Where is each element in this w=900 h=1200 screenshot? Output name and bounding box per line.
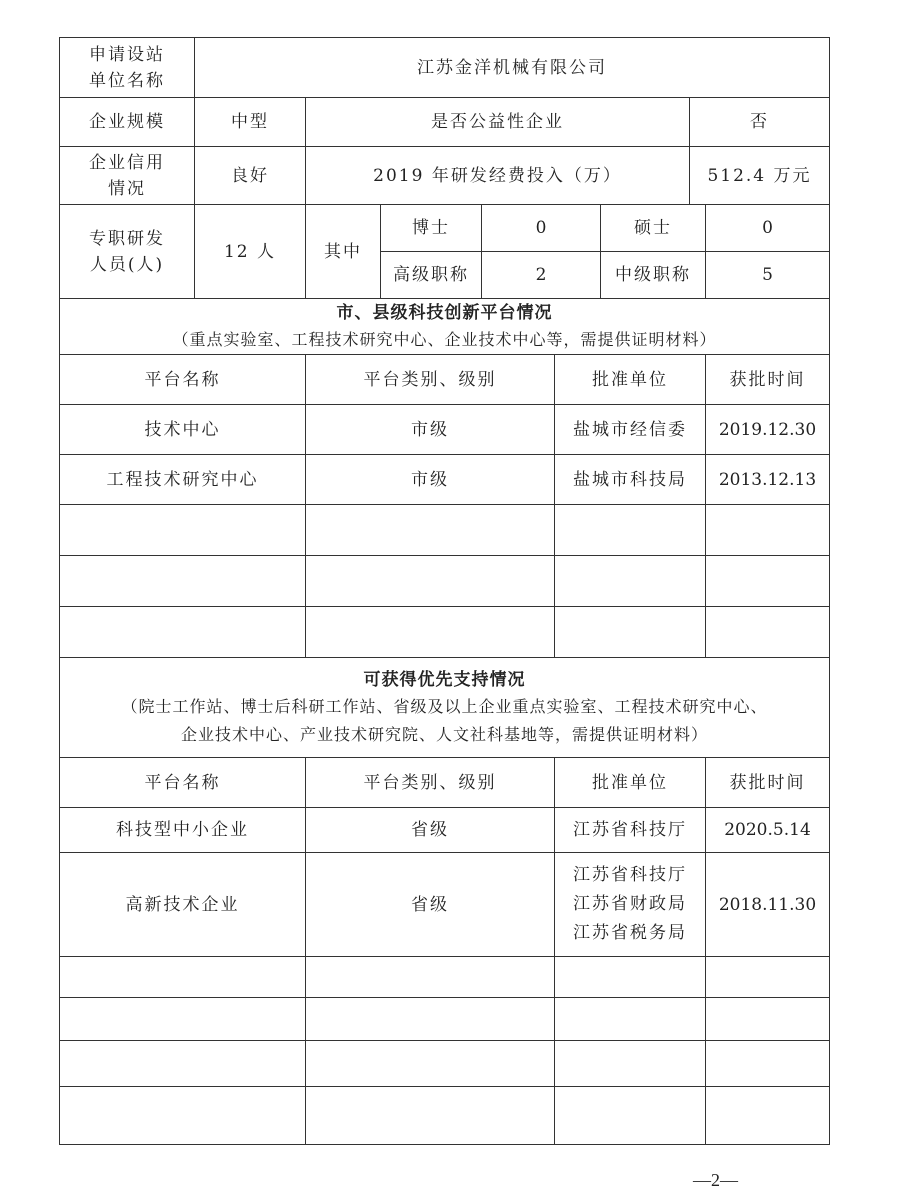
page-number: —2—: [693, 1170, 738, 1191]
among-label: 其中: [324, 239, 362, 265]
document-page: 申请设站 单位名称 江苏金洋机械有限公司 企业规模 中型 是否公益性企业 否 企…: [0, 0, 900, 1200]
middle-title-label: 中级职称: [615, 262, 691, 288]
city-row-0-approver-text: 盐城市经信委: [573, 417, 687, 443]
city-col-header-date-text: 获批时间: [730, 367, 806, 393]
applicant-label-line-2: 单位名称: [89, 68, 165, 94]
priority-row-4-name: [59, 1040, 306, 1087]
master-label-cell: 硕士: [600, 204, 706, 252]
city-row-0-level-text: 市级: [411, 417, 449, 443]
city-row-3-level: [305, 555, 555, 607]
priority-row-0-approver: 江苏省科技厅: [554, 807, 706, 853]
priority-row-1-approver: 江苏省科技厅 江苏省财政局 江苏省税务局: [554, 852, 706, 957]
city-platforms-note: （重点实验室、工程技术研究中心、企业技术中心等，需提供证明材料）: [172, 326, 716, 354]
credit-label-line-2: 情况: [108, 176, 146, 202]
rd-investment-label-cell: 2019 年研发经费投入（万）: [305, 146, 690, 205]
public-welfare-value-cell: 否: [689, 97, 830, 147]
priority-row-3-approver: [554, 997, 706, 1041]
applicant-value-cell: 江苏金洋机械有限公司: [194, 37, 830, 98]
priority-support-section-header: 可获得优先支持情况 （院士工作站、博士后科研工作站、省级及以上企业重点实验室、工…: [59, 657, 830, 758]
middle-title-value-cell: 5: [705, 251, 830, 299]
city-row-3-name: [59, 555, 306, 607]
priority-col-header-approver: 批准单位: [554, 757, 706, 808]
city-row-3-date: [705, 555, 830, 607]
priority-col-header-date: 获批时间: [705, 757, 830, 808]
city-row-2-date: [705, 504, 830, 556]
city-row-0-date: 2019.12.30: [705, 404, 830, 455]
rd-investment-value: 512.4 万元: [707, 163, 811, 189]
phd-value-cell: 0: [481, 204, 601, 252]
priority-row-0-date-text: 2020.5.14: [724, 817, 811, 843]
credit-value: 良好: [231, 163, 269, 189]
middle-title-value: 5: [762, 262, 773, 288]
city-col-header-approver: 批准单位: [554, 354, 706, 405]
priority-support-note-line-1: （院士工作站、博士后科研工作站、省级及以上企业重点实验室、工程技术研究中心、: [121, 693, 767, 721]
city-row-0-name: 技术中心: [59, 404, 306, 455]
staff-label-line-2: 人员(人): [90, 252, 164, 278]
city-row-1-level: 市级: [305, 454, 555, 505]
priority-col-header-name-text: 平台名称: [145, 770, 221, 796]
scale-label: 企业规模: [89, 109, 165, 135]
scale-label-cell: 企业规模: [59, 97, 195, 147]
priority-row-2-name: [59, 956, 306, 998]
priority-row-0-name-text: 科技型中小企业: [116, 817, 249, 843]
city-row-1-approver-text: 盐城市科技局: [573, 467, 687, 493]
phd-label-cell: 博士: [380, 204, 482, 252]
credit-label-cell: 企业信用 情况: [59, 146, 195, 205]
applicant-label-cell: 申请设站 单位名称: [59, 37, 195, 98]
city-row-1-level-text: 市级: [411, 467, 449, 493]
city-col-header-name: 平台名称: [59, 354, 306, 405]
city-row-0-level: 市级: [305, 404, 555, 455]
senior-title-label-cell: 高级职称: [380, 251, 482, 299]
priority-row-1-level-text: 省级: [411, 892, 449, 918]
priority-row-4-level: [305, 1040, 555, 1087]
city-col-header-approver-text: 批准单位: [592, 367, 668, 393]
city-row-0-approver: 盐城市经信委: [554, 404, 706, 455]
scale-value-cell: 中型: [194, 97, 306, 147]
priority-row-2-date: [705, 956, 830, 998]
priority-row-5-name: [59, 1086, 306, 1145]
phd-value: 0: [536, 215, 547, 241]
city-row-0-name-text: 技术中心: [145, 417, 221, 443]
priority-row-4-approver: [554, 1040, 706, 1087]
priority-row-1-approver-line-2: 江苏省财政局: [573, 890, 687, 919]
city-row-2-approver: [554, 504, 706, 556]
staff-label-cell: 专职研发 人员(人): [59, 204, 195, 299]
city-platforms-section-header: 市、县级科技创新平台情况 （重点实验室、工程技术研究中心、企业技术中心等，需提供…: [59, 298, 830, 355]
master-label: 硕士: [634, 215, 672, 241]
city-row-4-name: [59, 606, 306, 658]
priority-row-2-approver: [554, 956, 706, 998]
phd-label: 博士: [412, 215, 450, 241]
city-row-1-approver: 盐城市科技局: [554, 454, 706, 505]
priority-row-1-name-text: 高新技术企业: [126, 892, 240, 918]
priority-col-header-level: 平台类别、级别: [305, 757, 555, 808]
city-row-4-level: [305, 606, 555, 658]
city-row-1-date-text: 2013.12.13: [719, 467, 816, 493]
priority-row-2-level: [305, 956, 555, 998]
city-col-header-level: 平台类别、级别: [305, 354, 555, 405]
priority-row-5-date: [705, 1086, 830, 1145]
priority-support-note-line-2: 企业技术中心、产业技术研究院、人文社科基地等，需提供证明材料）: [181, 721, 708, 749]
priority-row-3-level: [305, 997, 555, 1041]
priority-col-header-level-text: 平台类别、级别: [364, 770, 497, 796]
priority-row-0-date: 2020.5.14: [705, 807, 830, 853]
senior-title-value-cell: 2: [481, 251, 601, 299]
priority-row-3-date: [705, 997, 830, 1041]
credit-label-line-1: 企业信用: [89, 150, 165, 176]
priority-row-1-approver-line-3: 江苏省税务局: [573, 919, 687, 948]
public-welfare-value: 否: [750, 109, 769, 135]
city-col-header-level-text: 平台类别、级别: [364, 367, 497, 393]
rd-investment-value-cell: 512.4 万元: [689, 146, 830, 205]
city-row-2-level: [305, 504, 555, 556]
priority-row-0-level-text: 省级: [411, 817, 449, 843]
priority-row-0-name: 科技型中小企业: [59, 807, 306, 853]
public-welfare-label: 是否公益性企业: [431, 109, 564, 135]
priority-row-1-name: 高新技术企业: [59, 852, 306, 957]
priority-row-1-date-text: 2018.11.30: [719, 892, 816, 918]
city-row-4-date: [705, 606, 830, 658]
priority-row-1-date: 2018.11.30: [705, 852, 830, 957]
priority-row-5-approver: [554, 1086, 706, 1145]
priority-row-1-approver-line-1: 江苏省科技厅: [573, 861, 687, 890]
master-value: 0: [762, 215, 773, 241]
city-row-1-name-text: 工程技术研究中心: [107, 467, 259, 493]
staff-value-cell: 12 人: [194, 204, 306, 299]
city-row-2-name: [59, 504, 306, 556]
among-label-cell: 其中: [305, 204, 381, 299]
public-welfare-label-cell: 是否公益性企业: [305, 97, 690, 147]
city-row-1-date: 2013.12.13: [705, 454, 830, 505]
priority-row-0-approver-text: 江苏省科技厅: [573, 817, 687, 843]
staff-label-line-1: 专职研发: [89, 226, 165, 252]
priority-col-header-name: 平台名称: [59, 757, 306, 808]
priority-support-title: 可获得优先支持情况: [364, 667, 526, 693]
scale-value: 中型: [231, 109, 269, 135]
senior-title-label: 高级职称: [393, 262, 469, 288]
applicant-label-line-1: 申请设站: [89, 42, 165, 68]
staff-value: 12 人: [224, 239, 276, 265]
rd-investment-label: 2019 年研发经费投入（万）: [373, 163, 622, 189]
city-row-1-name: 工程技术研究中心: [59, 454, 306, 505]
city-row-0-date-text: 2019.12.30: [719, 417, 816, 443]
city-row-4-approver: [554, 606, 706, 658]
master-value-cell: 0: [705, 204, 830, 252]
credit-value-cell: 良好: [194, 146, 306, 205]
senior-title-value: 2: [536, 262, 547, 288]
priority-row-0-level: 省级: [305, 807, 555, 853]
priority-row-3-name: [59, 997, 306, 1041]
priority-col-header-approver-text: 批准单位: [592, 770, 668, 796]
priority-row-1-level: 省级: [305, 852, 555, 957]
applicant-value: 江苏金洋机械有限公司: [417, 55, 607, 81]
priority-row-4-date: [705, 1040, 830, 1087]
city-row-3-approver: [554, 555, 706, 607]
city-col-header-name-text: 平台名称: [145, 367, 221, 393]
city-col-header-date: 获批时间: [705, 354, 830, 405]
priority-row-5-level: [305, 1086, 555, 1145]
middle-title-label-cell: 中级职称: [600, 251, 706, 299]
city-platforms-title: 市、县级科技创新平台情况: [337, 300, 553, 326]
priority-col-header-date-text: 获批时间: [730, 770, 806, 796]
